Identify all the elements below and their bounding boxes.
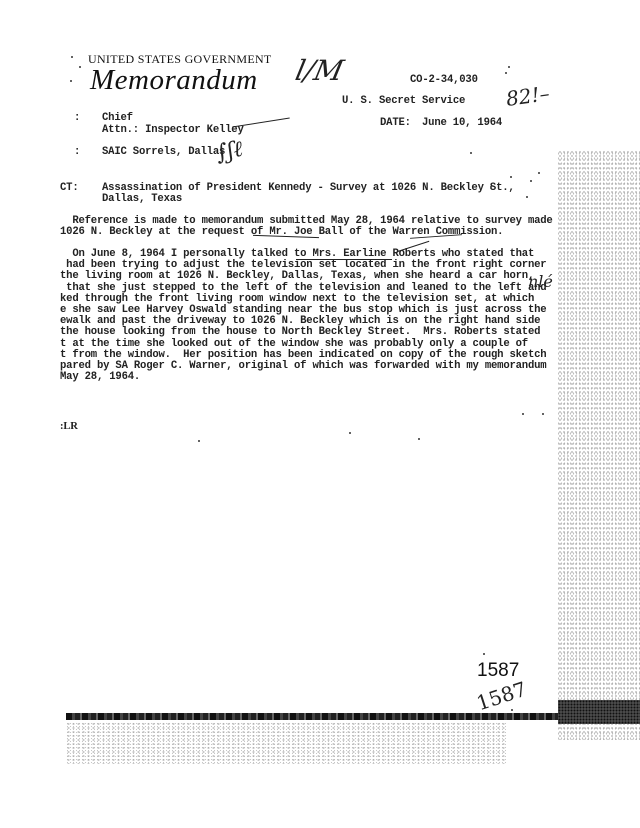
speck — [483, 653, 485, 655]
photocopy-edge-bar — [66, 713, 558, 720]
speck — [505, 72, 507, 74]
typist-initials: :LR — [60, 421, 78, 432]
speck — [418, 438, 420, 440]
handwritten-mark: 82!– — [505, 81, 551, 111]
speck — [79, 66, 81, 68]
subject-label: CT: — [60, 182, 78, 194]
handwritten-initials-top: l/M — [292, 54, 346, 87]
body-paragraph-1: Reference is made to memorandum submitte… — [60, 216, 553, 238]
photocopy-bottom-noise — [66, 722, 506, 764]
speck — [70, 80, 72, 82]
attn-line: Attn.: Inspector Kelley — [102, 124, 244, 136]
speck — [526, 196, 528, 198]
file-number: CO-2-34,030 — [410, 74, 478, 86]
from-label: : — [74, 146, 80, 158]
underline-earline-roberts — [296, 259, 392, 260]
page-number-handwritten: 1587 — [474, 677, 530, 716]
speck — [470, 152, 472, 154]
paragraph-line: May 28, 1964. — [60, 372, 546, 383]
photocopy-noise-edge — [558, 150, 640, 740]
date-label: DATE: — [380, 117, 411, 129]
speck — [522, 413, 524, 415]
speck — [198, 440, 200, 442]
from-value: SAIC Sorrels, Dallas — [102, 146, 225, 158]
subject-line-2: Dallas, Texas — [102, 193, 182, 205]
speck — [490, 186, 492, 188]
margin-initials: nlé — [528, 272, 553, 291]
to-label: : — [74, 112, 80, 124]
paragraph-line: the house looking from the house to Nort… — [60, 327, 546, 338]
body-paragraph-2: On June 8, 1964 I personally talked to M… — [60, 249, 546, 383]
date-value: June 10, 1964 — [422, 117, 502, 129]
speck — [508, 66, 510, 68]
speck — [510, 176, 512, 178]
speck — [71, 56, 73, 58]
to-value: Chief — [102, 112, 133, 124]
speck — [538, 172, 540, 174]
signature-stroke — [232, 117, 289, 127]
letterhead-title: Memorandum — [90, 64, 258, 97]
speck — [349, 432, 351, 434]
speck — [542, 413, 544, 415]
paragraph-line: the living room at 1026 N. Beckley, Dall… — [60, 271, 546, 282]
agency-name: U. S. Secret Service — [342, 95, 465, 107]
speck — [511, 709, 513, 711]
speck — [530, 180, 532, 182]
photocopy-corner-noise — [558, 700, 640, 724]
signature-initials: ∫ʃℓ — [214, 136, 245, 166]
